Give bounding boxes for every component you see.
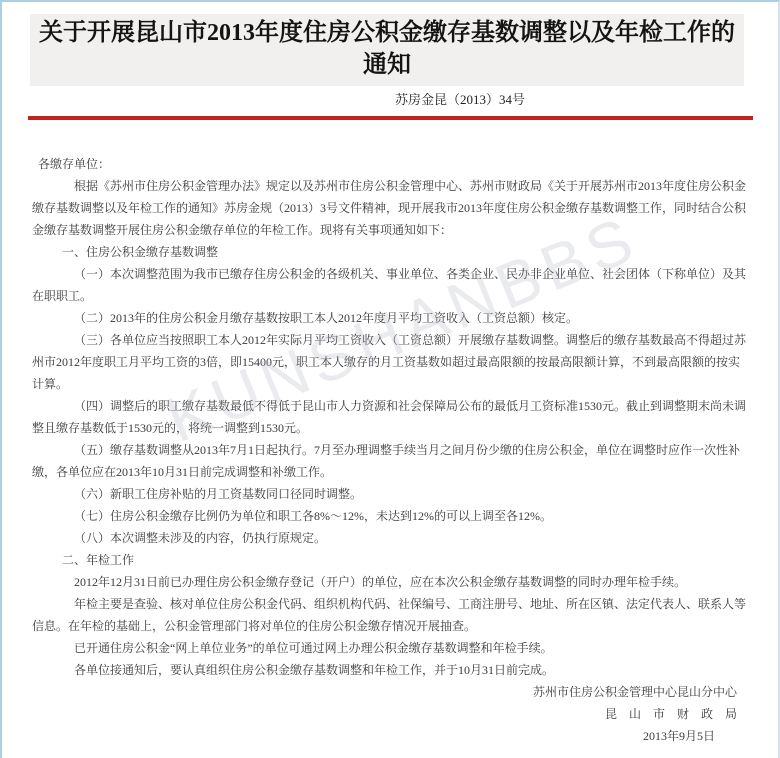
- item-6-housing-subsidy: （六）新职工住房补贴的月工资基数同口径同时调整。: [32, 483, 750, 505]
- annual-check-requirement: 2012年12月31日前已办理住房公积金缴存登记（开户）的单位，应在本次公积金缴…: [32, 571, 750, 593]
- section-heading-1: 一、住房公积金缴存基数调整: [32, 241, 750, 263]
- online-service-note: 已开通住房公积金“网上单位业务”的单位可通过网上办理公积金缴存基数调整和年检手续…: [32, 637, 750, 659]
- item-7-contribution-ratio: （七）住房公积金缴存比例仍为单位和职工各8%～12%，未达到12%的可以上调至各…: [32, 505, 750, 527]
- annual-check-contents: 年检主要是查验、核对单位住房公积金代码、组织机构代码、社保编号、工商注册号、地址…: [32, 593, 750, 637]
- item-8-other-rules: （八）本次调整未涉及的内容，仍执行原规定。: [32, 527, 750, 549]
- red-divider-rule: [28, 116, 753, 120]
- document-number: 苏房金昆（2013）34号: [2, 91, 778, 109]
- item-5-effective-date: （五）缴存基数调整从2013年7月1日起执行。7月至办理调整手续当月之间月份少缴…: [32, 439, 750, 483]
- item-4-lower-limit: （四）调整后的职工缴存基数最低不得低于昆山市人力资源和社会保障局公布的最低月工资…: [32, 395, 750, 439]
- item-3-upper-limit: （三）各单位应当按照职工本人2012年实际月平均工资收入（工资总额）开展缴存基数…: [32, 329, 750, 395]
- salutation-line: 各缴存单位：: [32, 153, 750, 175]
- signature-block: 苏州市住房公积金管理中心昆山分中心 昆 山 市 财 政 局 2013年9月5日: [32, 681, 737, 747]
- section-heading-2: 二、年检工作: [32, 549, 750, 571]
- issuing-org-line1: 苏州市住房公积金管理中心昆山分中心: [32, 681, 737, 703]
- deadline-note: 各单位接通知后，要认真组织住房公积金缴存基数调整和年检工作，并于10月31日前完…: [32, 659, 750, 681]
- document-body: 各缴存单位： 根据《苏州市住房公积金管理办法》规定以及苏州市住房公积金管理中心、…: [32, 153, 750, 747]
- issuing-org-line2: 昆 山 市 财 政 局: [32, 703, 737, 725]
- issue-date: 2013年9月5日: [32, 725, 715, 747]
- document-title: 关于开展昆山市2013年度住房公积金缴存基数调整以及年检工作的通知: [30, 14, 744, 86]
- item-2-base-definition: （二）2013年的住房公积金月缴存基数按职工本人2012年度月平均工资收入（工资…: [32, 307, 750, 329]
- notice-document-page: KUNSHANBBS 关于开展昆山市2013年度住房公积金缴存基数调整以及年检工…: [0, 0, 780, 758]
- item-1-scope: （一）本次调整范围为我市已缴存住房公积金的各级机关、事业单位、各类企业、民办非企…: [32, 263, 750, 307]
- paragraph-basis: 根据《苏州市住房公积金管理办法》规定以及苏州市住房公积金管理中心、苏州市财政局《…: [32, 175, 750, 241]
